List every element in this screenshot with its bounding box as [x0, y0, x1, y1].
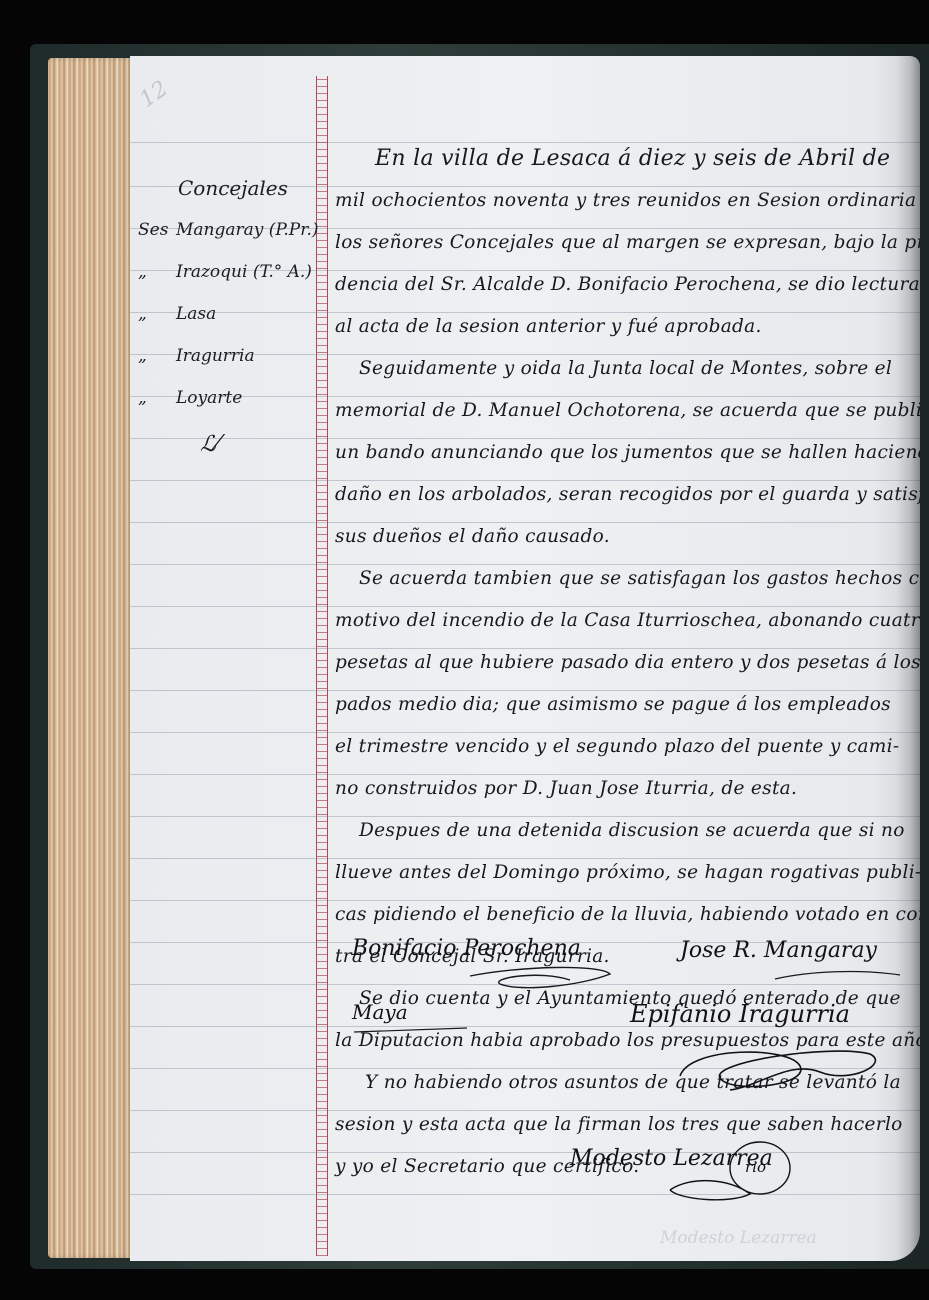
ruled-line — [130, 142, 920, 143]
ruled-line — [130, 480, 920, 481]
body-line: no construidos por D. Juan Jose Iturria,… — [335, 778, 797, 799]
ghost-page-number: 12 — [135, 76, 172, 113]
body-line: pados medio dia; que asimismo se pague á… — [335, 694, 891, 715]
margin-entry: „Iragurria — [138, 346, 255, 366]
body-line: Se acuerda tambien que se satisfagan los… — [359, 568, 920, 589]
page-edges-stack — [48, 58, 132, 1258]
margin-rule — [316, 76, 328, 1256]
margin-entry-name: Iragurria — [176, 346, 255, 366]
ruled-line — [130, 564, 920, 565]
body-line: cas pidiendo el beneficio de la lluvia, … — [335, 904, 920, 925]
body-line: llueve antes del Domingo próximo, se hag… — [335, 862, 920, 883]
margin-entry: „Loyarte — [138, 388, 242, 408]
page-curl-shadow — [896, 56, 920, 1261]
body-line: dencia del Sr. Alcalde D. Bonifacio Pero… — [335, 274, 920, 295]
ruled-line — [130, 438, 920, 439]
body-line: pesetas al que hubiere pasado dia entero… — [335, 652, 920, 673]
body-line: sus dueños el daño causado. — [335, 526, 610, 547]
body-line: Seguidamente y oida la Junta local de Mo… — [359, 358, 892, 379]
margin-entry-name: Irazoqui (T.° A.) — [176, 262, 312, 282]
ruled-line — [130, 1110, 920, 1111]
margin-entry-prefix: „ — [138, 262, 176, 282]
body-line: el trimestre vencido y el segundo plazo … — [335, 736, 899, 757]
ruled-line — [130, 732, 920, 733]
flourish-maya — [352, 1022, 472, 1038]
body-line: daño en los arbolados, seran recogidos p… — [335, 484, 920, 505]
body-line: En la villa de Lesaca á diez y seis de A… — [375, 146, 890, 171]
margin-entry-name: Loyarte — [176, 388, 242, 408]
margin-entry-prefix: „ — [138, 304, 176, 324]
margin-entry-name: Lasa — [176, 304, 216, 324]
body-line: sesion y esta acta que la firman los tre… — [335, 1114, 903, 1135]
flourish-iragurria — [670, 1036, 890, 1096]
margin-heading: Concejales — [178, 176, 288, 200]
margin-entry: SesMangaray (P.Pr.) — [138, 220, 319, 240]
ruled-line — [130, 816, 920, 817]
flourish-mangaray — [770, 961, 910, 991]
ruled-line — [130, 606, 920, 607]
ruled-line — [130, 774, 920, 775]
margin-entry-name: Mangaray (P.Pr.) — [176, 220, 319, 240]
body-line: los señores Concejales que al margen se … — [335, 232, 920, 253]
signature-concejal-mangaray: Jose R. Mangaray — [680, 938, 877, 963]
body-line: al acta de la sesion anterior y fué apro… — [335, 316, 762, 337]
body-line: memorial de D. Manuel Ochotorena, se acu… — [335, 400, 920, 421]
ruled-line — [130, 858, 920, 859]
signature-concejal-maya: Maya — [352, 1000, 408, 1024]
margin-flourish: ℒ⁄ — [200, 432, 220, 457]
ruled-line — [130, 900, 920, 901]
flourish-alcalde — [460, 956, 620, 996]
ledger-page: 12 Concejales SesMangaray (P.Pr.) „Irazo… — [130, 56, 920, 1261]
margin-entry-prefix: „ — [138, 388, 176, 408]
body-line: un bando anunciando que los jumentos que… — [335, 442, 920, 463]
body-line: mil ochocientos noventa y tres reunidos … — [335, 190, 916, 211]
ruled-line — [130, 648, 920, 649]
ruled-line — [130, 396, 920, 397]
margin-entry-prefix: Ses — [138, 220, 176, 240]
ruled-line — [130, 690, 920, 691]
ghost-bleedthrough-signature: Modesto Lezarrea — [660, 1228, 817, 1248]
ruled-line — [130, 312, 920, 313]
ruled-line — [130, 522, 920, 523]
margin-entry-prefix: „ — [138, 346, 176, 366]
margin-entry: „Lasa — [138, 304, 216, 324]
body-line: motivo del incendio de la Casa Iturriosc… — [335, 610, 920, 631]
body-line: Despues de una detenida discusion se acu… — [359, 820, 905, 841]
margin-entry: „Irazoqui (T.° A.) — [138, 262, 312, 282]
secretario-seal-flourish — [630, 1138, 830, 1208]
secretario-seal-text: rio — [745, 1158, 766, 1176]
signature-concejal-iragurria: Epifanio Iragurria — [630, 1000, 850, 1028]
